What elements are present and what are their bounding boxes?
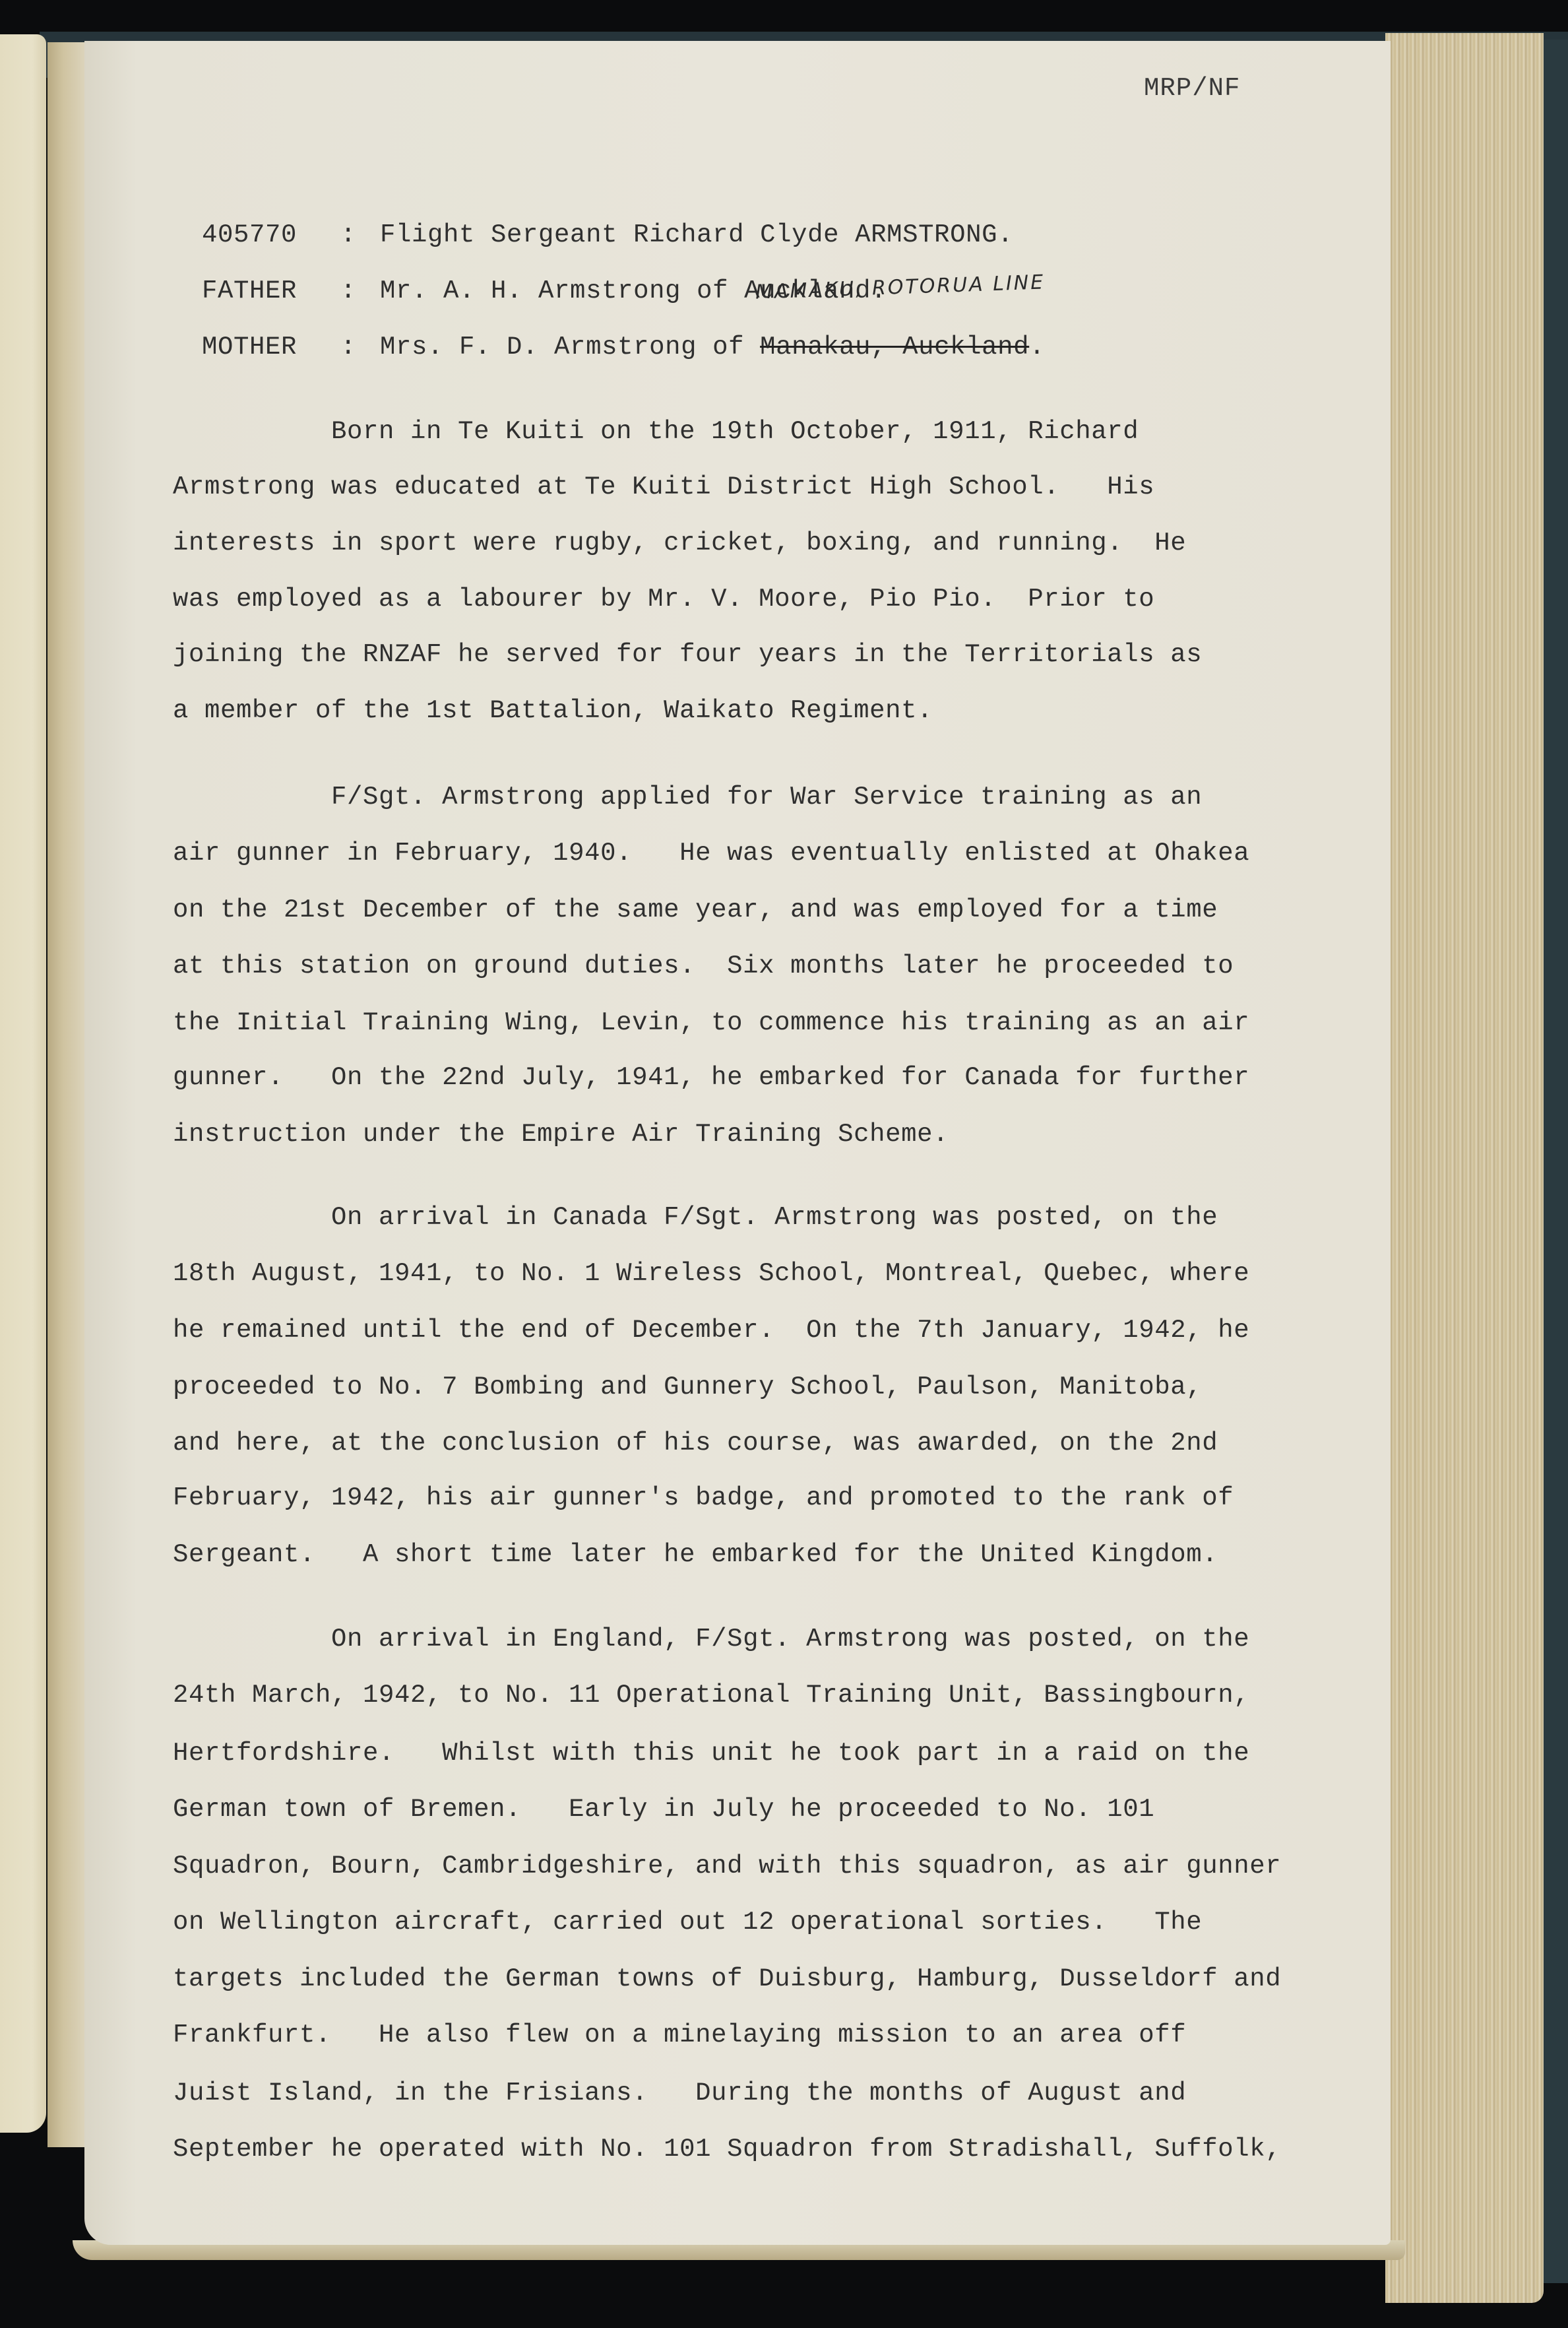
header-value-suffix: .	[1029, 333, 1045, 362]
body-line: On arrival in England, F/Sgt. Armstrong …	[173, 1625, 1249, 1654]
body-line: F/Sgt. Armstrong applied for War Service…	[173, 783, 1202, 812]
body-line: Sergeant. A short time later he embarked…	[173, 1540, 1218, 1569]
body-line: Armstrong was educated at Te Kuiti Distr…	[173, 472, 1154, 501]
book-gutter	[47, 42, 86, 2147]
body-line: Squadron, Bourn, Cambridgeshire, and wit…	[173, 1852, 1281, 1881]
header-colon: :	[340, 276, 380, 306]
body-line: 24th March, 1942, to No. 11 Operational …	[173, 1681, 1249, 1710]
body-line: Born in Te Kuiti on the 19th October, 19…	[173, 417, 1139, 446]
body-line: interests in sport were rugby, cricket, …	[173, 529, 1186, 558]
left-page	[0, 34, 46, 2133]
reference-code: MRP/NF	[1144, 74, 1240, 103]
header-label: FATHER	[202, 276, 340, 306]
body-line: he remained until the end of December. O…	[173, 1316, 1249, 1345]
page-edges	[1385, 33, 1544, 2303]
body-line: gunner. On the 22nd July, 1941, he embar…	[173, 1063, 1249, 1092]
body-line: targets included the German towns of Dui…	[173, 1964, 1281, 1993]
body-line: the Initial Training Wing, Levin, to com…	[173, 1008, 1249, 1037]
header-value: Flight Sergeant Richard Clyde ARMSTRONG.	[380, 220, 1013, 249]
header-mother: MOTHER:Mrs. F. D. Armstrong of Manakau, …	[170, 304, 1045, 362]
header-label: 405770	[202, 220, 340, 249]
header-colon: :	[340, 333, 380, 362]
header-value: Mrs. F. D. Armstrong of	[380, 333, 760, 362]
body-line: joining the RNZAF he served for four yea…	[173, 640, 1202, 669]
body-line: proceeded to No. 7 Bombing and Gunnery S…	[173, 1373, 1202, 1402]
body-line: German town of Bremen. Early in July he …	[173, 1795, 1154, 1824]
header-colon: :	[340, 220, 380, 249]
header-service-number: 405770:Flight Sergeant Richard Clyde ARM…	[170, 191, 1013, 249]
body-line: September he operated with No. 101 Squad…	[173, 2135, 1281, 2164]
body-line: Hertfordshire. Whilst with this unit he …	[173, 1739, 1249, 1768]
struck-address: Manakau, Auckland	[760, 333, 1029, 362]
body-line: at this station on ground duties. Six mo…	[173, 952, 1234, 981]
body-line: was employed as a labourer by Mr. V. Moo…	[173, 585, 1154, 614]
body-line: and here, at the conclusion of his cours…	[173, 1429, 1218, 1458]
body-line: a member of the 1st Battalion, Waikato R…	[173, 696, 933, 725]
body-line: on the 21st December of the same year, a…	[173, 895, 1218, 924]
body-line: instruction under the Empire Air Trainin…	[173, 1120, 949, 1149]
body-line: on Wellington aircraft, carried out 12 o…	[173, 1908, 1202, 1937]
body-line: air gunner in February, 1940. He was eve…	[173, 839, 1249, 868]
header-label: MOTHER	[202, 333, 340, 362]
body-line: On arrival in Canada F/Sgt. Armstrong wa…	[173, 1203, 1218, 1232]
body-line: February, 1942, his air gunner's badge, …	[173, 1483, 1234, 1512]
body-line: Juist Island, in the Frisians. During th…	[173, 2079, 1186, 2108]
body-line: 18th August, 1941, to No. 1 Wireless Sch…	[173, 1259, 1249, 1288]
body-line: Frankfurt. He also flew on a minelaying …	[173, 2021, 1186, 2050]
